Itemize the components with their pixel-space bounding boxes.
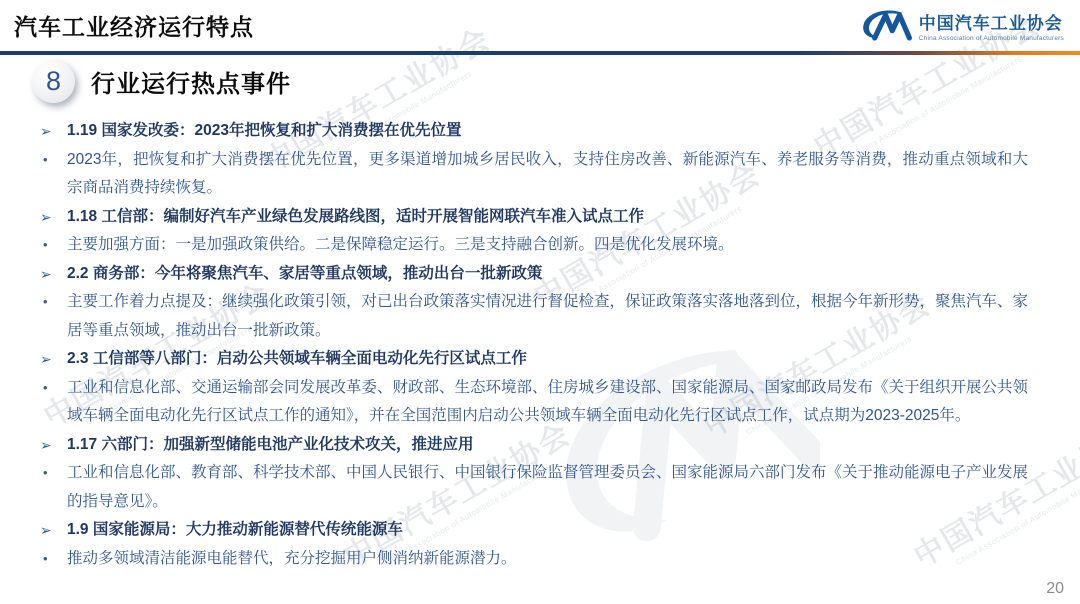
event-item: ➢ 1.19 国家发改委：2023年把恢复和扩大消费摆在优先位置 • 2023年…	[38, 117, 1028, 203]
event-headline: 1.9 国家能源局：大力推动新能源替代传统能源车	[67, 516, 1028, 545]
event-item: ➢ 1.18 工信部：编制好汽车产业绿色发展路线图，适时开展智能网联汽车准入试点…	[38, 203, 1028, 260]
caam-logo: 中国汽车工业协会 China Association of Automobile…	[856, 6, 1064, 44]
event-headline: 1.19 国家发改委：2023年把恢复和扩大消费摆在优先位置	[67, 117, 1028, 146]
event-item: ➢ 2.3 工信部等八部门：启动公共领域车辆全面电动化先行区试点工作 • 工业和…	[38, 345, 1028, 431]
arrow-bullet-icon: ➢	[38, 516, 67, 545]
event-item: ➢ 1.17 六部门：加强新型储能电池产业化技术攻关，推进应用 • 工业和信息化…	[38, 431, 1028, 517]
section-head: 8 行业运行热点事件	[32, 60, 291, 103]
section-heading: 行业运行热点事件	[91, 64, 291, 99]
event-detail: 主要加强方面：一是加强政策供给。二是保障稳定运行。三是支持融合创新。四是优化发展…	[67, 231, 1028, 260]
dot-bullet-icon: •	[38, 459, 67, 488]
event-detail: 推动多领域清洁能源电能替代，充分挖掘用户侧消纳新能源潜力。	[67, 545, 1028, 574]
dot-bullet-icon: •	[38, 545, 67, 574]
page-number: 20	[1046, 580, 1064, 598]
event-detail: 2023年，把恢复和扩大消费摆在优先位置，更多渠道增加城乡居民收入，支持住房改善…	[67, 146, 1028, 203]
header-divider	[0, 51, 1080, 55]
arrow-bullet-icon: ➢	[38, 203, 67, 232]
event-detail: 工业和信息化部、交通运输部会同发展改革委、财政部、生态环境部、住房城乡建设部、国…	[67, 374, 1028, 431]
arrow-bullet-icon: ➢	[38, 117, 67, 146]
caam-logo-mark-icon	[856, 6, 912, 44]
event-headline: 2.2 商务部：今年将聚焦汽车、家居等重点领域，推动出台一批新政策	[67, 260, 1028, 289]
dot-bullet-icon: •	[38, 146, 67, 175]
dot-bullet-icon: •	[38, 288, 67, 317]
section-number-badge: 8	[32, 60, 75, 103]
logo-name-en: China Association of Automobile Manufact…	[919, 35, 1064, 42]
arrow-bullet-icon: ➢	[38, 431, 67, 460]
event-item: ➢ 2.2 商务部：今年将聚焦汽车、家居等重点领域，推动出台一批新政策 • 主要…	[38, 260, 1028, 346]
caam-logo-text: 中国汽车工业协会 China Association of Automobile…	[919, 9, 1064, 42]
event-headline: 1.18 工信部：编制好汽车产业绿色发展路线图，适时开展智能网联汽车准入试点工作	[67, 203, 1028, 232]
page-title: 汽车工业经济运行特点	[14, 9, 254, 42]
slide: 中国汽车工业协会 China Association of Automobile…	[0, 0, 1080, 604]
event-detail: 工业和信息化部、教育部、科学技术部、中国人民银行、中国银行保险监督管理委员会、国…	[67, 459, 1028, 516]
dot-bullet-icon: •	[38, 231, 67, 260]
arrow-bullet-icon: ➢	[38, 260, 67, 289]
arrow-bullet-icon: ➢	[38, 345, 67, 374]
events-list: ➢ 1.19 国家发改委：2023年把恢复和扩大消费摆在优先位置 • 2023年…	[38, 117, 1028, 573]
event-item: ➢ 1.9 国家能源局：大力推动新能源替代传统能源车 • 推动多领域清洁能源电能…	[38, 516, 1028, 573]
event-headline: 1.17 六部门：加强新型储能电池产业化技术攻关，推进应用	[67, 431, 1028, 460]
logo-name-cn: 中国汽车工业协会	[919, 9, 1064, 34]
dot-bullet-icon: •	[38, 374, 67, 403]
event-detail: 主要工作着力点提及：继续强化政策引领，对已出台政策落实情况进行督促检查，保证政策…	[67, 288, 1028, 345]
event-headline: 2.3 工信部等八部门：启动公共领域车辆全面电动化先行区试点工作	[67, 345, 1028, 374]
